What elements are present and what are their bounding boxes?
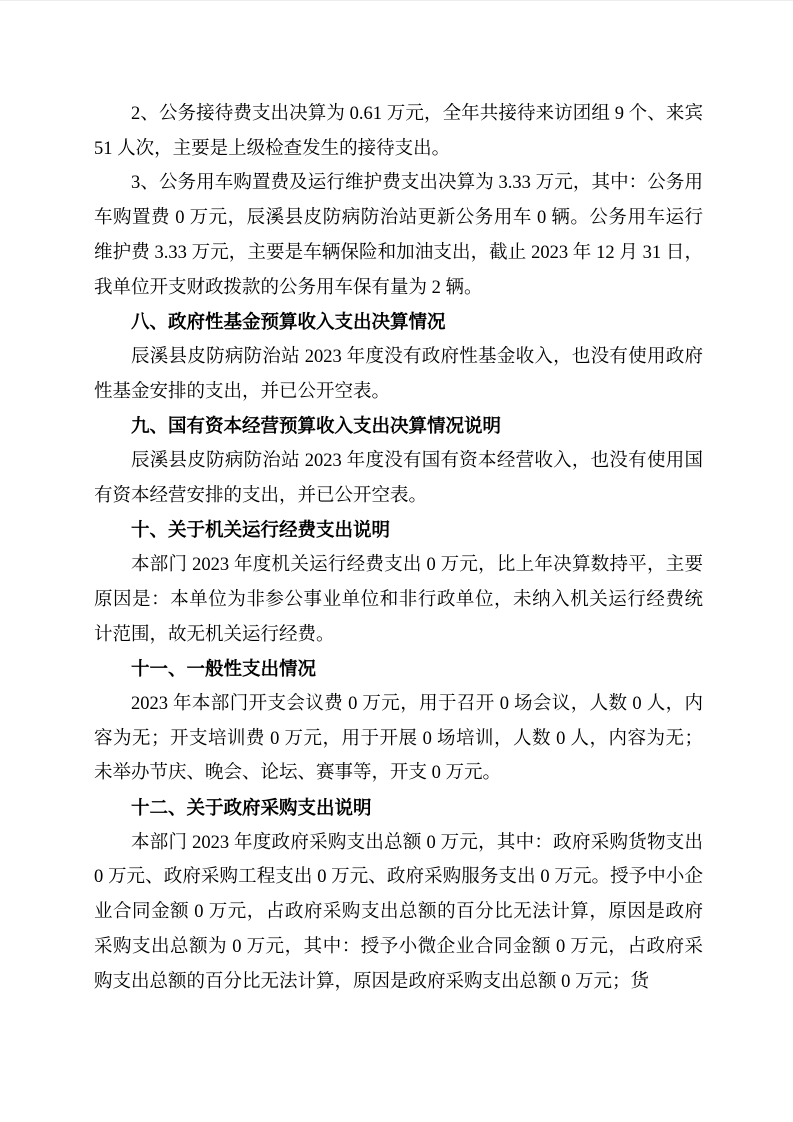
paragraph-official-vehicle-expense: 3、公务用车购置费及运行维护费支出决算为 3.33 万元，其中：公务用车购置费 … bbox=[94, 166, 703, 305]
document-page: 2、公务接待费支出决算为 0.61 万元，全年共接待来访团组 9 个、来宾 51… bbox=[0, 0, 793, 1122]
paragraph-general-expense: 2023 年本部门开支会议费 0 万元，用于召开 0 场会议，人数 0 人，内容… bbox=[94, 687, 703, 791]
section-heading-9-state-capital: 九、国有资本经营预算收入支出决算情况说明 bbox=[94, 409, 703, 444]
paragraph-official-reception-expense: 2、公务接待费支出决算为 0.61 万元，全年共接待来访团组 9 个、来宾 51… bbox=[94, 97, 703, 166]
section-heading-10-operating-funds: 十、关于机关运行经费支出说明 bbox=[94, 513, 703, 548]
paragraph-procurement: 本部门 2023 年度政府采购支出总额 0 万元，其中：政府采购货物支出 0 万… bbox=[94, 826, 703, 1000]
paragraph-operating-funds: 本部门 2023 年度机关运行经费支出 0 万元，比上年决算数持平，主要原因是：… bbox=[94, 548, 703, 652]
paragraph-government-funds: 辰溪县皮防病防治站 2023 年度没有政府性基金收入，也没有使用政府性基金安排的… bbox=[94, 340, 703, 409]
paragraph-state-capital: 辰溪县皮防病防治站 2023 年度没有国有资本经营收入，也没有使用国有资本经营安… bbox=[94, 444, 703, 513]
section-heading-11-general-expense: 十一、一般性支出情况 bbox=[94, 652, 703, 687]
section-heading-12-procurement: 十二、关于政府采购支出说明 bbox=[94, 791, 703, 826]
document-text-column: 2、公务接待费支出决算为 0.61 万元，全年共接待来访团组 9 个、来宾 51… bbox=[94, 97, 703, 999]
section-heading-8-government-funds: 八、政府性基金预算收入支出决算情况 bbox=[94, 305, 703, 340]
